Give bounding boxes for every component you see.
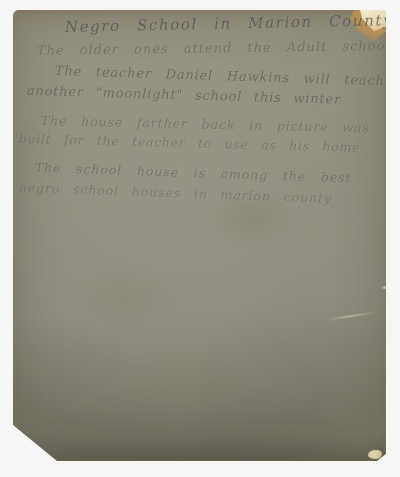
- photo-back-paper: Negro School in Marion County The older …: [13, 10, 386, 461]
- edge-notch: [381, 286, 386, 289]
- scanned-photo-back: Negro School in Marion County The older …: [0, 0, 400, 477]
- edge-chip-bottom-right: [368, 450, 382, 459]
